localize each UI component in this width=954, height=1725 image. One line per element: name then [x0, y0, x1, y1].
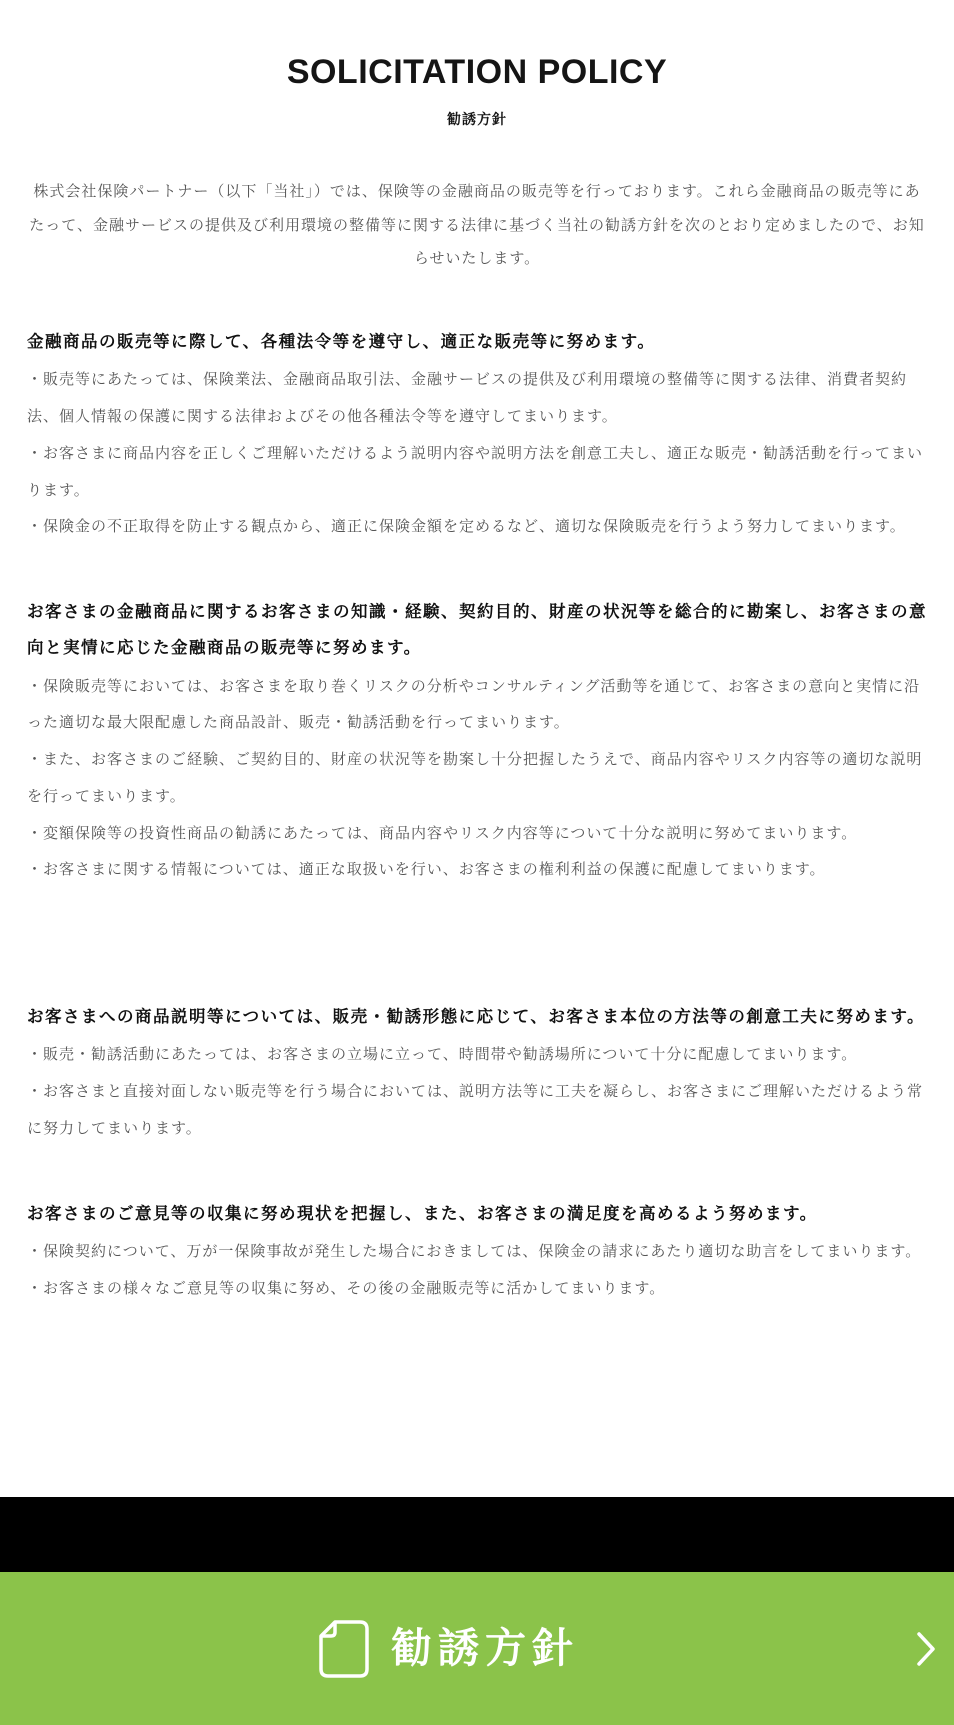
footer-link-group: 勧誘方針 — [319, 1620, 579, 1678]
list-item: ・保険金の不正取得を防止する観点から、適正に保険金額を定めるなど、適切な保険販売… — [27, 509, 927, 546]
footer-policy-link[interactable]: 勧誘方針 — [0, 1572, 954, 1725]
section-heading: お客さまの金融商品に関するお客さまの知識・経験、契約目的、財産の状況等を総合的に… — [27, 594, 927, 667]
section-item-list: ・保険販売等においては、お客さまを取り巻くリスクの分析やコンサルティング活動等を… — [27, 669, 927, 890]
list-item: ・販売等にあたっては、保険業法、金融商品取引法、金融サービスの提供及び利用環境の… — [27, 362, 927, 436]
list-item: ・また、お客さまのご経験、ご契約目的、財産の状況等を勘案し十分把握したうえで、商… — [27, 742, 927, 816]
page-subtitle: 勧誘方針 — [27, 109, 927, 129]
list-item: ・変額保険等の投資性商品の勧誘にあたっては、商品内容やリスク内容等について十分な… — [27, 816, 927, 853]
section-legal-compliance: 金融商品の販売等に際して、各種法令等を遵守し、適正な販売等に努めます。 ・販売等… — [27, 324, 927, 546]
section-explanation-methods: お客さまへの商品説明等については、販売・勧誘形態に応じて、お客さま本位の方法等の… — [27, 999, 927, 1148]
list-item: ・保険販売等においては、お客さまを取り巻くリスクの分析やコンサルティング活動等を… — [27, 669, 927, 743]
footer-top-bar — [0, 1497, 954, 1572]
list-item: ・お客さまに商品内容を正しくご理解いただけるよう説明内容や説明方法を創意工夫し、… — [27, 436, 927, 510]
page-header: SOLICITATION POLICY 勧誘方針 — [27, 52, 927, 129]
section-customer-suitability: お客さまの金融商品に関するお客さまの知識・経験、契約目的、財産の状況等を総合的に… — [27, 594, 927, 889]
section-heading: 金融商品の販売等に際して、各種法令等を遵守し、適正な販売等に努めます。 — [27, 324, 927, 360]
section-item-list: ・保険契約について、万が一保険事故が発生した場合におきましては、保険金の請求にあ… — [27, 1234, 927, 1308]
intro-paragraph: 株式会社保険パートナー（以下「当社」）では、保険等の金融商品の販売等を行っており… — [27, 175, 927, 276]
list-item: ・お客さまに関する情報については、適正な取扱いを行い、お客さまの権利利益の保護に… — [27, 852, 927, 889]
section-heading: お客さまへの商品説明等については、販売・勧誘形態に応じて、お客さま本位の方法等の… — [27, 999, 927, 1035]
policy-content: SOLICITATION POLICY 勧誘方針 株式会社保険パートナー（以下「… — [27, 0, 927, 1308]
chevron-right-icon — [916, 1631, 936, 1667]
list-item: ・保険契約について、万が一保険事故が発生した場合におきましては、保険金の請求にあ… — [27, 1234, 927, 1271]
list-item: ・お客さまの様々なご意見等の収集に努め、その後の金融販売等に活かしてまいります。 — [27, 1271, 927, 1308]
section-item-list: ・販売等にあたっては、保険業法、金融商品取引法、金融サービスの提供及び利用環境の… — [27, 362, 927, 546]
section-heading: お客さまのご意見等の収集に努め現状を把握し、また、お客さまの満足度を高めるよう努… — [27, 1196, 927, 1232]
section-customer-feedback: お客さまのご意見等の収集に努め現状を把握し、また、お客さまの満足度を高めるよう努… — [27, 1196, 927, 1308]
list-item: ・お客さまと直接対面しない販売等を行う場合においては、説明方法等に工夫を凝らし、… — [27, 1074, 927, 1148]
footer-policy-label: 勧誘方針 — [391, 1628, 579, 1669]
document-icon — [319, 1620, 369, 1678]
list-item: ・販売・勧誘活動にあたっては、お客さまの立場に立って、時間帯や勧誘場所について十… — [27, 1037, 927, 1074]
section-item-list: ・販売・勧誘活動にあたっては、お客さまの立場に立って、時間帯や勧誘場所について十… — [27, 1037, 927, 1147]
page-footer: 勧誘方針 — [0, 1497, 954, 1725]
page-title: SOLICITATION POLICY — [27, 52, 927, 93]
